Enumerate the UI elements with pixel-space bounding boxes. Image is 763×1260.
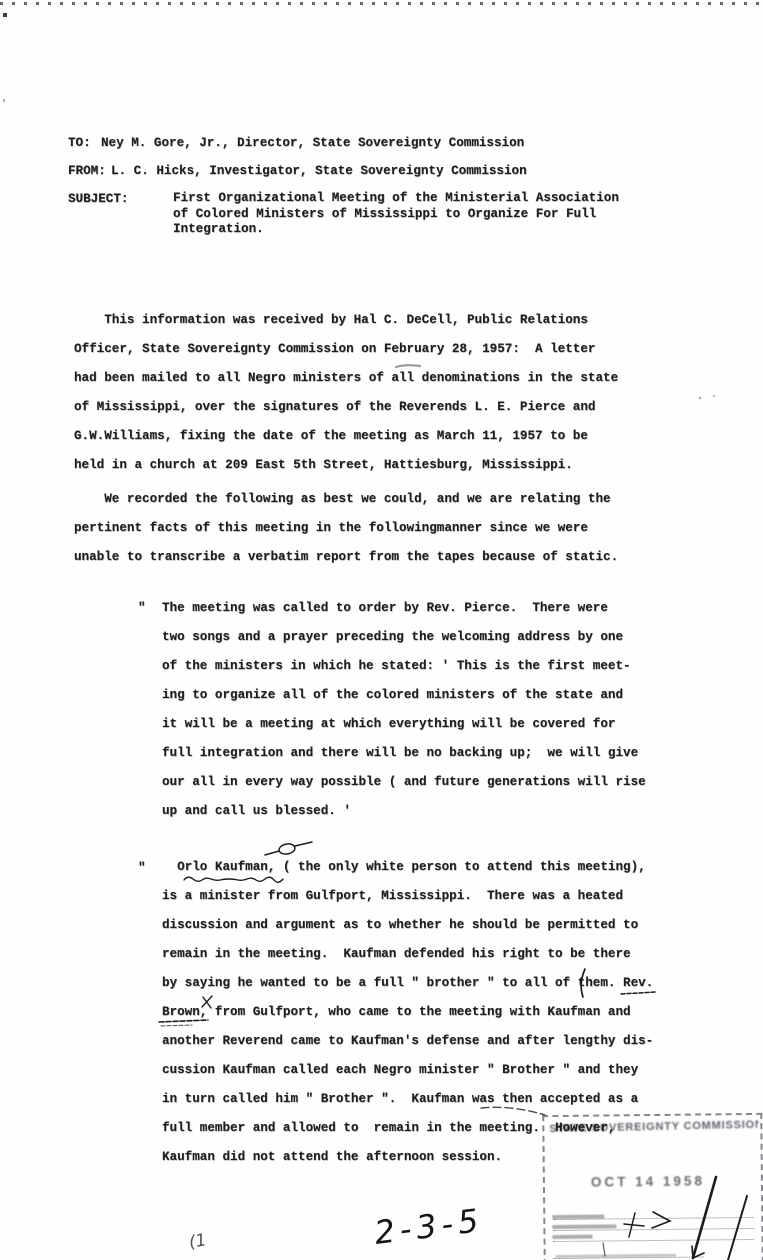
stamp-ruled-line bbox=[554, 1239, 754, 1242]
scan-speck bbox=[699, 397, 701, 399]
text-line: unable to transcribe a verbatim report f… bbox=[74, 543, 618, 572]
scan-speck bbox=[713, 395, 715, 397]
text-line: Kaufman did not attend the afternoon ses… bbox=[162, 1143, 653, 1172]
scan-speck bbox=[3, 99, 5, 102]
handwritten-corner-mark: (1 bbox=[187, 1230, 208, 1253]
text-line: two songs and a prayer preceding the wel… bbox=[162, 623, 646, 652]
text-line: held in a church at 209 East 5th Street,… bbox=[74, 451, 618, 480]
text-line: of the ministers in which he stated: ' T… bbox=[162, 652, 646, 681]
quoted-paragraph-1: The meeting was called to order by Rev. … bbox=[162, 594, 646, 826]
text-line: Brown, from Gulfport, who came to the me… bbox=[162, 998, 653, 1027]
text-line: We recorded the following as best we cou… bbox=[74, 485, 618, 514]
handwritten-page-number: 2-3-5 bbox=[372, 1201, 485, 1252]
scanned-memo-page: TO: Ney M. Gore, Jr., Director, State So… bbox=[0, 0, 763, 1260]
text-line: This information was received by Hal C. … bbox=[74, 306, 618, 335]
text-line: First Organizational Meeting of the Mini… bbox=[173, 191, 619, 207]
text-line: by saying he wanted to be a full " broth… bbox=[162, 969, 653, 998]
text-line: of Mississippi, over the signatures of t… bbox=[74, 393, 618, 422]
text-line: remain in the meeting. Kaufman defended … bbox=[162, 940, 653, 969]
paragraph-1: This information was received by Hal C. … bbox=[74, 306, 618, 480]
text-line: another Reverend came to Kaufman's defen… bbox=[162, 1027, 653, 1056]
text-line: The meeting was called to order by Rev. … bbox=[162, 594, 646, 623]
text-line: it will be a meeting at which everything… bbox=[162, 710, 646, 739]
text-line: is a minister from Gulfport, Mississippi… bbox=[162, 882, 653, 911]
text-line: cussion Kaufman called each Negro minist… bbox=[162, 1056, 653, 1085]
stamp-illegible-text bbox=[552, 1215, 604, 1220]
subject-value: First Organizational Meeting of the Mini… bbox=[173, 191, 619, 238]
quoted-paragraph-2: Orlo Kaufman, ( the only white person to… bbox=[162, 853, 653, 1172]
text-line: had been mailed to all Negro ministers o… bbox=[74, 364, 618, 393]
to-value: Ney M. Gore, Jr., Director, State Sovere… bbox=[101, 136, 524, 150]
scan-speck bbox=[3, 13, 7, 17]
from-value: L. C. Hicks, Investigator, State Soverei… bbox=[111, 164, 527, 178]
text-line: Orlo Kaufman, ( the only white person to… bbox=[162, 853, 653, 882]
text-line: in turn called him " Brother ". Kaufman … bbox=[162, 1085, 653, 1114]
stamp-illegible-text bbox=[552, 1235, 592, 1239]
stamp-illegible-text bbox=[552, 1224, 616, 1229]
hanging-quote-mark: " bbox=[138, 861, 146, 875]
paragraph-2: We recorded the following as best we cou… bbox=[74, 485, 618, 572]
text-line: our all in every way possible ( and futu… bbox=[162, 768, 646, 797]
text-line: discussion and argument as to whether he… bbox=[162, 911, 653, 940]
text-line: of Colored Ministers of Mississippi to O… bbox=[173, 207, 619, 223]
to-label: TO: bbox=[68, 136, 91, 150]
subject-label: SUBJECT: bbox=[68, 192, 128, 206]
text-line: up and call us blessed. ' bbox=[162, 797, 646, 826]
stamp-date: OCT 14 1958 bbox=[591, 1173, 705, 1189]
scan-artifact-dotted-line bbox=[0, 2, 763, 5]
text-line: pertinent facts of this meeting in the f… bbox=[74, 514, 618, 543]
text-line: full integration and there will be no ba… bbox=[162, 739, 646, 768]
text-line: ing to organize all of the colored minis… bbox=[162, 681, 646, 710]
from-label: FROM: bbox=[68, 164, 106, 178]
text-line: G.W.Williams, fixing the date of the mee… bbox=[74, 422, 618, 451]
hanging-quote-mark: " bbox=[138, 601, 146, 615]
text-line: full member and allowed to remain in the… bbox=[162, 1114, 653, 1143]
text-line: Officer, State Sovereignty Commission on… bbox=[74, 335, 618, 364]
text-line: Integration. bbox=[173, 222, 619, 238]
